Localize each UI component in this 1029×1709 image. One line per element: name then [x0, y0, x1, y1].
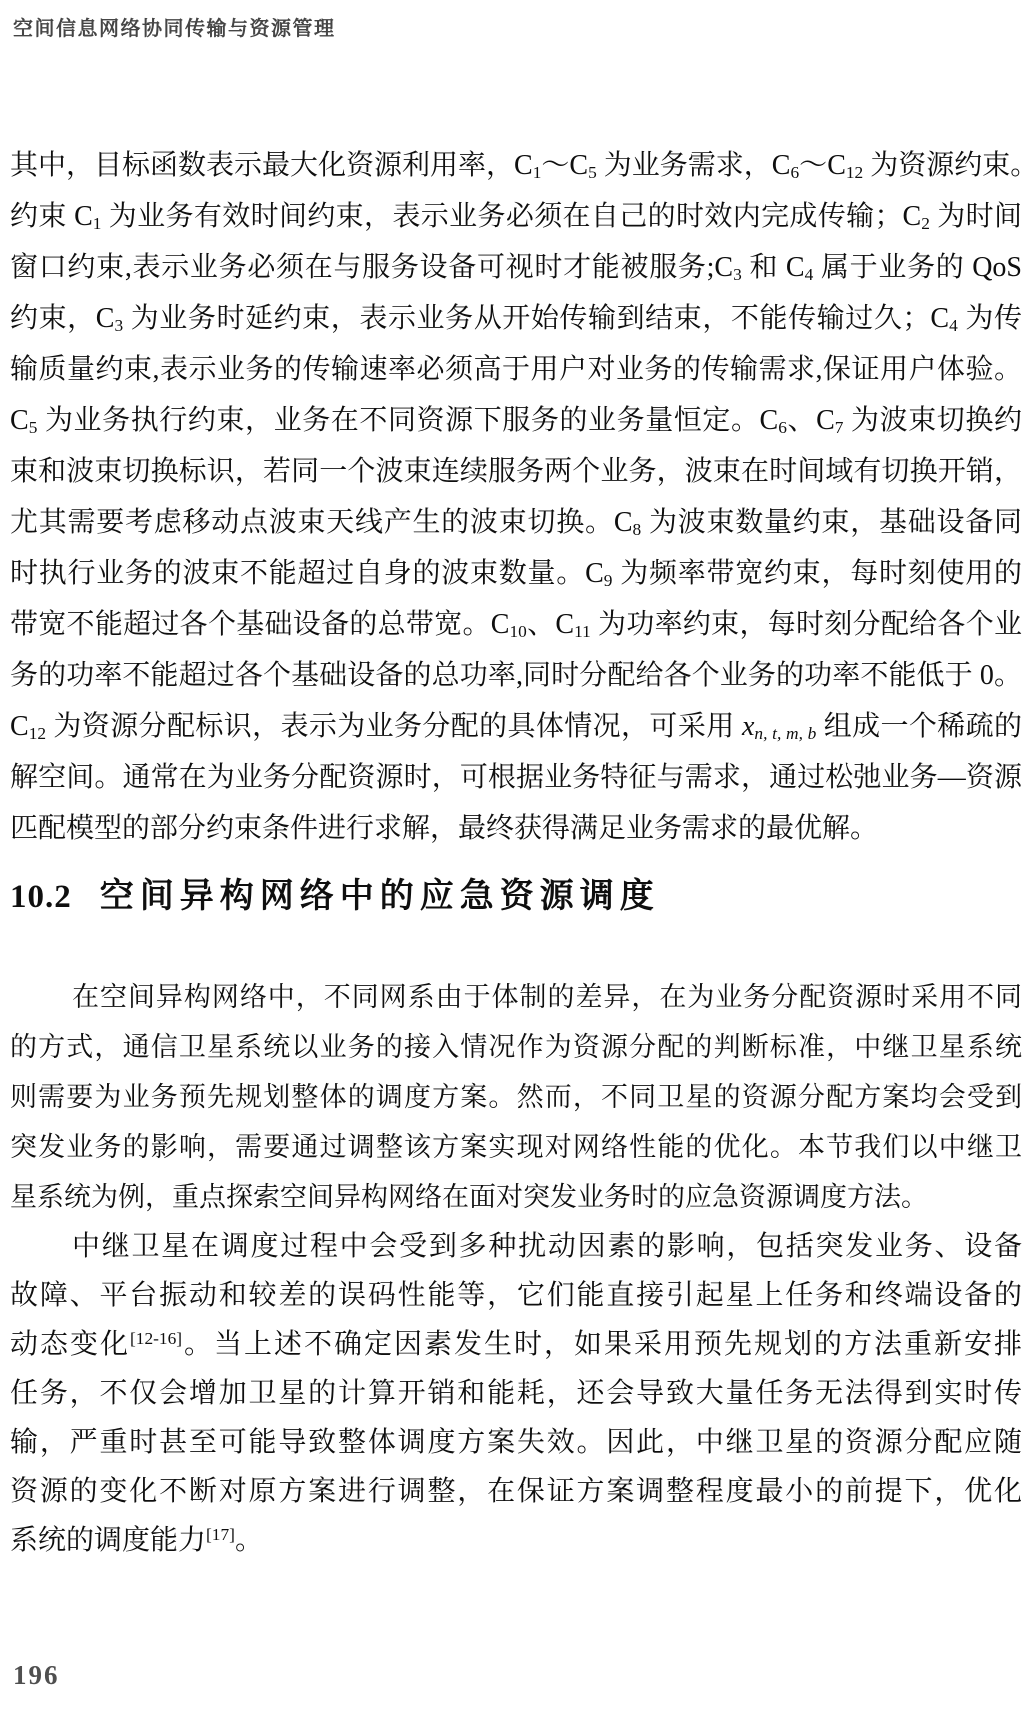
section-heading: 10.2 空间异构网络中的应急资源调度: [10, 868, 660, 925]
paragraph-constraint-explanation: 其中，目标函数表示最大化资源利用率，C1～C5 为业务需求，C6～C12 为资源…: [10, 140, 1022, 854]
text-line: 务的功率不能超过各个基础设备的总功率,同时分配给各个业务的功率不能低于 0。: [10, 650, 1022, 701]
text-line: 匹配模型的部分约束条件进行求解，最终获得满足业务需求的最优解。: [10, 803, 1022, 854]
text-line: 其中，目标函数表示最大化资源利用率，C1～C5 为业务需求，C6～C12 为资源…: [10, 140, 1022, 191]
text-line: 突发业务的影响，需要通过调整该方案实现对网络性能的优化。本节我们以中继卫: [10, 1122, 1022, 1172]
text-line: 窗口约束,表示业务必须在与服务设备可视时才能被服务;C3 和 C4 属于业务的 …: [10, 242, 1022, 293]
paragraph-heterogeneous-network-intro: 在空间异构网络中，不同网系由于体制的差异，在为业务分配资源时采用不同的方式，通信…: [10, 972, 1022, 1222]
text-line: 中继卫星在调度过程中会受到多种扰动因素的影响，包括突发业务、设备: [10, 1222, 1022, 1271]
text-line: 系统的调度能力[17]。: [10, 1516, 1022, 1565]
text-line: 在空间异构网络中，不同网系由于体制的差异，在为业务分配资源时采用不同: [10, 972, 1022, 1022]
text-line: 输质量约束,表示业务的传输速率必须高于用户对业务的传输需求,保证用户体验。: [10, 344, 1022, 395]
text-line: C12 为资源分配标识，表示为业务分配的具体情况，可采用 xn, t, m, b…: [10, 701, 1022, 752]
text-line: 解空间。通常在为业务分配资源时，可根据业务特征与需求，通过松弛业务—资源: [10, 752, 1022, 803]
text-line: 束和波束切换标识，若同一个波束连续服务两个业务，波束在时间域有切换开销，: [10, 446, 1022, 497]
text-line: 动态变化[12-16]。当上述不确定因素发生时，如果采用预先规划的方法重新安排: [10, 1320, 1022, 1369]
paragraph-relay-satellite-disturbance: 中继卫星在调度过程中会受到多种扰动因素的影响，包括突发业务、设备故障、平台振动和…: [10, 1222, 1022, 1565]
text-line: 输，严重时甚至可能导致整体调度方案失效。因此，中继卫星的资源分配应随: [10, 1418, 1022, 1467]
text-line: 故障、平台振动和较差的误码性能等，它们能直接引起星上任务和终端设备的: [10, 1271, 1022, 1320]
text-line: 则需要为业务预先规划整体的调度方案。然而，不同卫星的资源分配方案均会受到: [10, 1072, 1022, 1122]
page-number: 196: [13, 1660, 60, 1691]
text-line: 的方式，通信卫星系统以业务的接入情况作为资源分配的判断标准，中继卫星系统: [10, 1022, 1022, 1072]
text-line: 任务，不仅会增加卫星的计算开销和能耗，还会导致大量任务无法得到实时传: [10, 1369, 1022, 1418]
text-line: 约束，C3 为业务时延约束，表示业务从开始传输到结束，不能传输过久；C4 为传: [10, 293, 1022, 344]
text-line: 资源的变化不断对原方案进行调整，在保证方案调整程度最小的前提下，优化: [10, 1467, 1022, 1516]
text-line: 时执行业务的波束不能超过自身的波束数量。C9 为频率带宽约束，每时刻使用的: [10, 548, 1022, 599]
text-line: 尤其需要考虑移动点波束天线产生的波束切换。C8 为波束数量约束，基础设备同: [10, 497, 1022, 548]
text-line: C5 为业务执行约束，业务在不同资源下服务的业务量恒定。C6、C7 为波束切换约: [10, 395, 1022, 446]
book-page: 空间信息网络协同传输与资源管理 其中，目标函数表示最大化资源利用率，C1～C5 …: [0, 0, 1029, 1709]
section-title: 空间异构网络中的应急资源调度: [100, 868, 660, 924]
text-line: 带宽不能超过各个基础设备的总带宽。C10、C11 为功率约束，每时刻分配给各个业: [10, 599, 1022, 650]
section-number: 10.2: [10, 869, 72, 925]
running-header: 空间信息网络协同传输与资源管理: [13, 12, 336, 41]
text-line: 星系统为例，重点探索空间异构网络在面对突发业务时的应急资源调度方法。: [10, 1172, 1022, 1222]
text-line: 约束 C1 为业务有效时间约束，表示业务必须在自己的时效内完成传输；C2 为时间: [10, 191, 1022, 242]
